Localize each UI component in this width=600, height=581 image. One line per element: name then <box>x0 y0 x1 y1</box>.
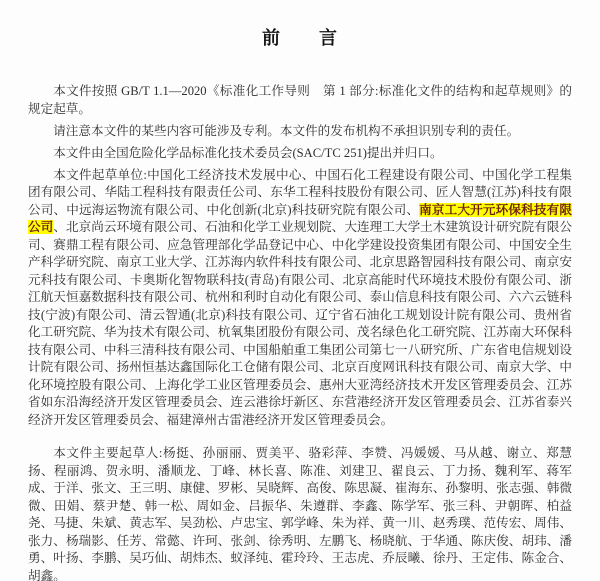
page-title: 前 言 <box>28 24 572 50</box>
paragraph-drafters: 本文件主要起草人:杨挺、孙丽丽、贾美平、骆彩萍、李赞、冯媛媛、马从越、谢立、郑慧… <box>28 445 572 581</box>
paragraph-committee: 本文件由全国危险化学品标准化技术委员会(SAC/TC 251)提出并归口。 <box>28 145 572 163</box>
drafting-units-text-after-highlight: 、北京尚云环境有限公司、石油和化学工业规划院、大连理工大学土木建筑设计研究院有限… <box>28 220 572 427</box>
paragraph-patent-notice: 请注意本文件的某些内容可能涉及专利。本文件的发布机构不承担识别专利的责任。 <box>28 123 572 141</box>
paragraph-drafting-units: 本文件起草单位:中国化工经济技术发展中心、中国石化工程建设有限公司、中国化学工程… <box>28 167 572 430</box>
paragraph-scope: 本文件按照 GB/T 1.1—2020《标准化工作导则 第 1 部分:标准化文件… <box>28 83 572 118</box>
document-page: 前 言 本文件按照 GB/T 1.1—2020《标准化工作导则 第 1 部分:标… <box>0 0 600 581</box>
